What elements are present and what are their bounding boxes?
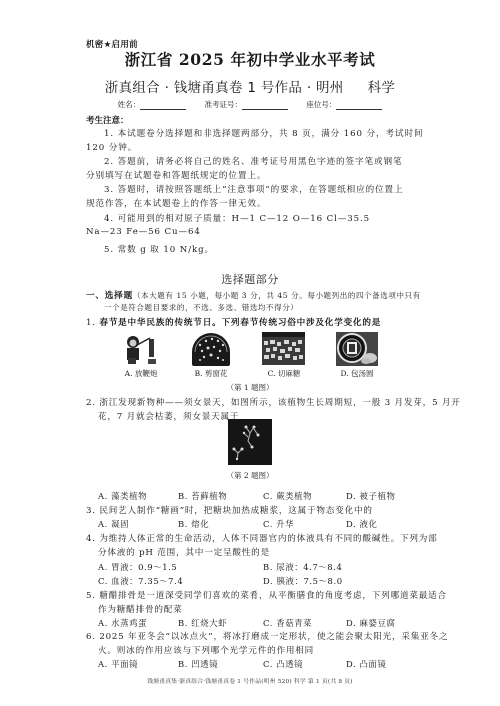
option-d: D. 液化: [346, 518, 378, 530]
name-field: 姓名：: [118, 99, 187, 110]
option-c: C. 血液：7.35～7.4: [98, 575, 183, 587]
page-footer: 钱塘甬真集·浙真组合·钱塘甬真卷 1 号作品(明州 520) 科学 第 1 页(…: [0, 676, 500, 685]
question-5: 5. 糖醋排骨是一道深受同学们喜欢的菜肴，从平衡膳食的角度考虑，下列哪道菜最适合: [86, 589, 447, 601]
subtitle-subject: 科学: [368, 80, 396, 96]
question-2: 2. 浙江发现新物种——须女景天，如图所示，该植物生长周期短，一般 3 月发芽，…: [86, 396, 461, 408]
section-heading: 选择题部分: [0, 271, 500, 287]
question-stem-cont: 火。则冰的作用应该与下列哪个光学元件的作用相同: [98, 644, 314, 656]
plant-photo: [228, 419, 272, 465]
note-line: 分别填写在试题卷和答题纸规定的位置上。: [86, 169, 266, 181]
question-number: 1.: [86, 318, 96, 328]
figure-caption: （第 1 题图）: [0, 382, 500, 393]
notes-title: 考生注意：: [86, 114, 129, 126]
part-desc-cont: 一个是符合题目要求的，不选、多选、错选均不得分）: [104, 302, 298, 313]
option-b: B. 苔藓植物: [178, 490, 227, 502]
note-line: Na—23 Fe—56 Cu—64: [86, 227, 201, 237]
question-4: 4. 为维持人体正常的生命活动，人体不同器官内的体液具有不同的酸碱性。下列为部: [86, 532, 438, 544]
option-a: A. 平面镜: [98, 658, 138, 670]
option-d: D. 凸面镜: [346, 658, 386, 670]
seat-blank: [336, 102, 382, 110]
option-a: A. 凝固: [98, 518, 129, 530]
question-1: 1. 春节是中华民族的传统节日。下列春节传统习俗中涉及化学变化的是: [86, 316, 381, 328]
exam-subtitle: 浙真组合 · 钱塘甬真卷 1 号作品 · 明州科学: [0, 76, 500, 96]
question-stem: 为维持人体正常的生命活动，人体不同器官内的体液具有不同的酸碱性。下列为部: [99, 534, 437, 544]
option-caption: D. 包汤圆: [317, 368, 397, 379]
note-line: 120 分钟。: [86, 141, 137, 153]
option-caption: B. 剪窗花: [171, 368, 251, 379]
tangyuan-image: [336, 332, 378, 366]
question-stem: 2025 年亚冬会“以冰点火”，将冰打磨成一定形状，使之能会聚太阳光，采集亚冬之: [99, 632, 448, 642]
question-stem: 民间艺人制作“糖画”时，把糖块加热成糖浆，这属于物态变化中的: [99, 506, 372, 516]
option-d: D. 胰液：7.5～8.0: [263, 575, 343, 587]
exam-title: 浙江省 2025 年初中学业水平考试: [0, 48, 500, 70]
option-c: C. 香菇青菜: [263, 617, 312, 629]
note-line: 规范作答，在本试题卷上的作答一律无效。: [86, 197, 266, 209]
question-stem-cont: 作为糖醋排骨的配菜: [98, 603, 183, 615]
note-line: 1. 本试题卷分选择题和非选择题两部分，共 8 页，满分 160 分，考试时间: [104, 127, 423, 139]
question-stem: 浙江发现新物种——须女景天，如图所示，该植物生长周期短，一般 3 月发芽，5 月…: [99, 398, 460, 408]
question-stem-cont: 分体液的 pH 范围，其中一定呈酸性的是: [98, 546, 270, 558]
question-stem-cont: 花，7 月就会枯萎，须女景天属于: [98, 410, 239, 422]
question-stem: 春节是中华民族的传统节日。下列春节传统习俗中涉及化学变化的是: [99, 318, 381, 328]
option-c: C. 凸透镜: [263, 658, 303, 670]
option-a: A. 藻类植物: [98, 490, 147, 502]
question-number: 3.: [86, 506, 96, 516]
option-a: A. 水蒸鸡蛋: [98, 617, 147, 629]
part-label: 一、选择题: [86, 291, 133, 301]
question-3: 3. 民间艺人制作“糖画”时，把糖块加热成糖浆，这属于物态变化中的: [86, 504, 373, 516]
name-label: 姓名：: [118, 100, 141, 109]
note-line: 5. 常数 g 取 10 N/kg。: [104, 243, 214, 255]
question-6: 6. 2025 年亚冬会“以冰点火”，将冰打磨成一定形状，使之能会聚太阳光，采集…: [86, 630, 448, 642]
seat-field: 座位号：: [306, 99, 382, 110]
exam-id-label: 准考证号：: [205, 100, 243, 109]
question-number: 6.: [86, 632, 96, 642]
note-line: 3. 答题时，请按照答题纸上“注意事项”的要求，在答题纸相应的位置上: [104, 183, 404, 195]
sesame-candy-image: [262, 332, 305, 365]
option-b: B. 熔化: [178, 518, 209, 530]
name-blank: [140, 102, 186, 110]
question-stem: 糖醋排骨是一道深受同学们喜欢的菜肴，从平衡膳食的角度考虑，下列哪道菜最适合: [99, 591, 447, 601]
candidate-fields: 姓名： 准考证号： 座位号：: [0, 99, 500, 110]
part-desc: （本大题有 15 小题，每小题 3 分，共 45 分。每小题列出的四个备选项中只…: [133, 291, 421, 300]
firecracker-image: [124, 333, 158, 366]
note-line: 2. 答题前，请务必将自己的姓名、准考证号用黑色字迹的签字笔或钢笔: [104, 155, 402, 167]
figure-caption: （第 2 题图）: [0, 470, 500, 481]
question-number: 2.: [86, 398, 96, 408]
exam-id-blank: [242, 102, 288, 110]
option-a: A. 胃液：0.9～1.5: [98, 561, 177, 573]
option-b: B. 尿液：4.7～8.4: [263, 561, 342, 573]
part-instructions: 一、选择题（本大题有 15 小题，每小题 3 分，共 45 分。每小题列出的四个…: [86, 289, 421, 301]
question-number: 5.: [86, 591, 96, 601]
note-line: 4. 可能用到的相对原子质量：H—1 C—12 O—16 Cl—35.5: [104, 212, 370, 224]
exam-page: 机密★启用前 浙江省 2025 年初中学业水平考试 浙真组合 · 钱塘甬真卷 1…: [0, 0, 500, 706]
subtitle-series: 浙真组合 · 钱塘甬真卷 1 号作品 · 明州: [105, 80, 344, 96]
option-c: C. 蕨类植物: [263, 490, 312, 502]
paper-cutting-image: [192, 333, 230, 366]
option-caption: C. 切麻糖: [244, 368, 324, 379]
option-c: C. 升华: [263, 518, 294, 530]
seat-label: 座位号：: [306, 100, 336, 109]
option-d: D. 麻婆豆腐: [346, 617, 395, 629]
option-b: B. 凹透镜: [178, 658, 218, 670]
option-d: D. 被子植物: [346, 490, 395, 502]
option-caption: A. 放鞭炮: [101, 368, 181, 379]
question-number: 4.: [86, 534, 96, 544]
exam-id-field: 准考证号：: [205, 99, 289, 110]
option-b: B. 红烧大虾: [178, 617, 227, 629]
